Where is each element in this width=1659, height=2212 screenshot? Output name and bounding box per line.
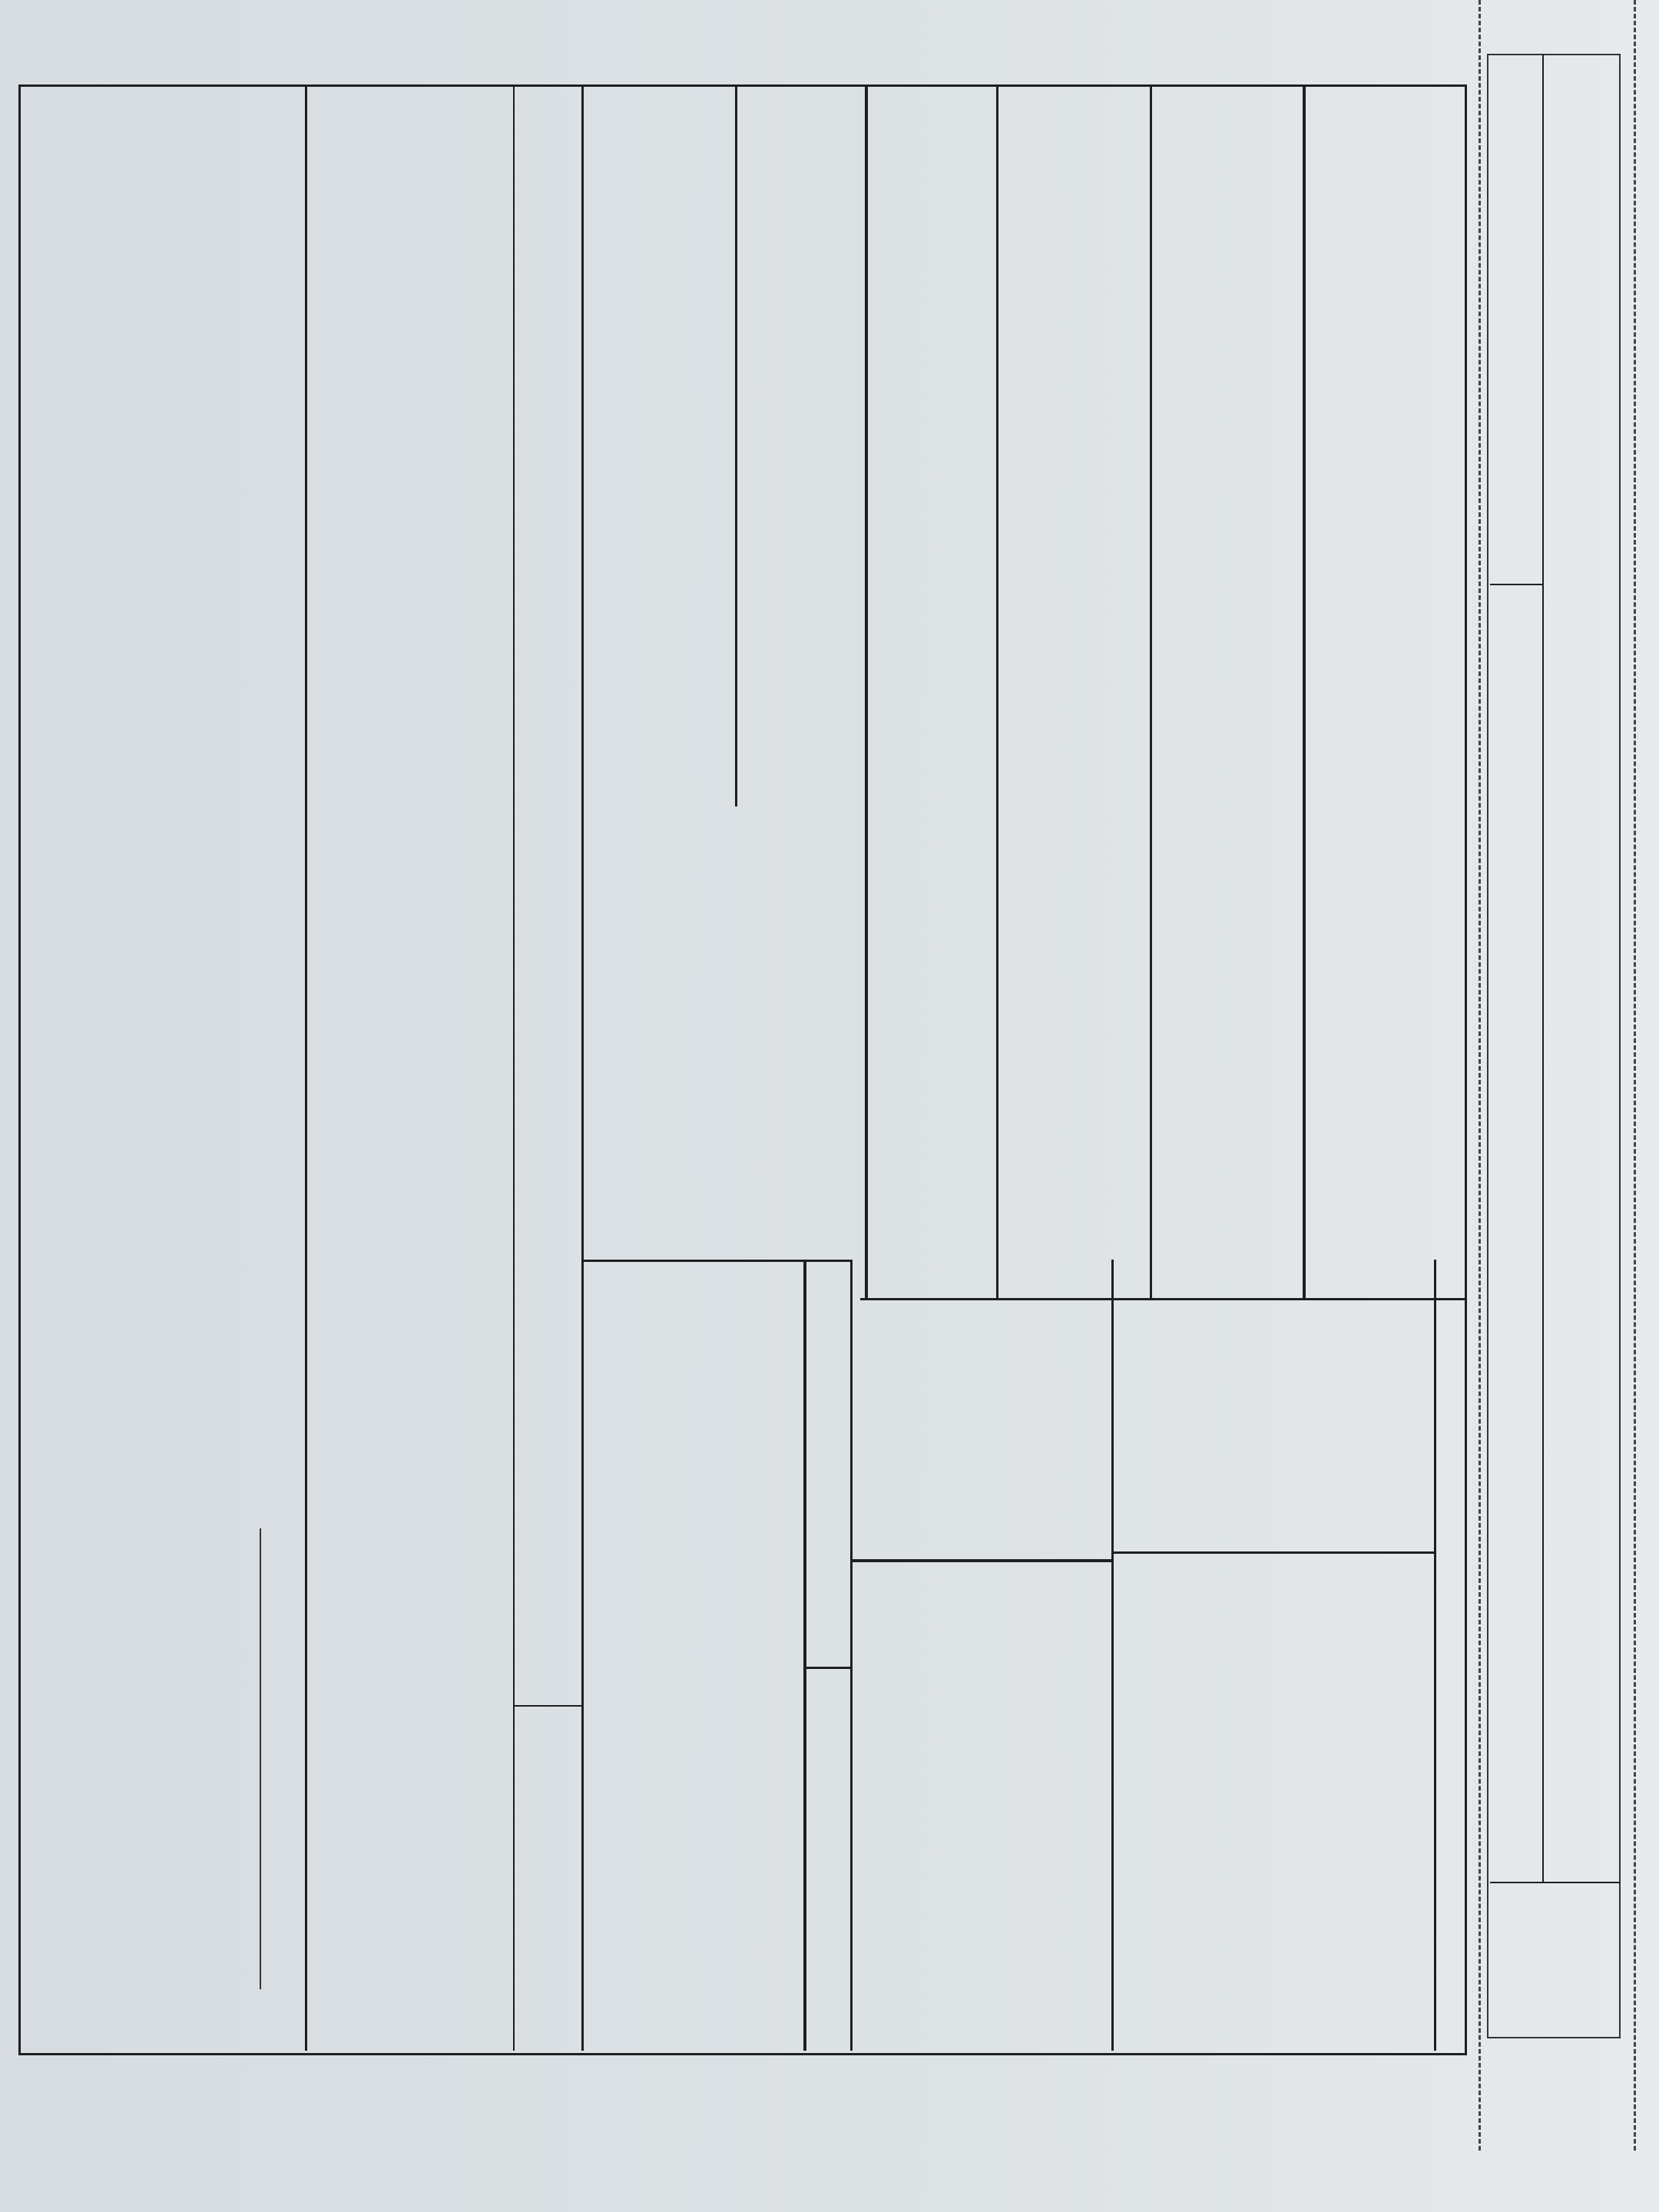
tear-line xyxy=(1634,0,1636,2151)
dacte-document xyxy=(0,0,1659,2212)
main-frame xyxy=(18,84,1467,2055)
receipt-stub xyxy=(1487,54,1621,2038)
chegada-field[interactable] xyxy=(260,1528,261,1989)
